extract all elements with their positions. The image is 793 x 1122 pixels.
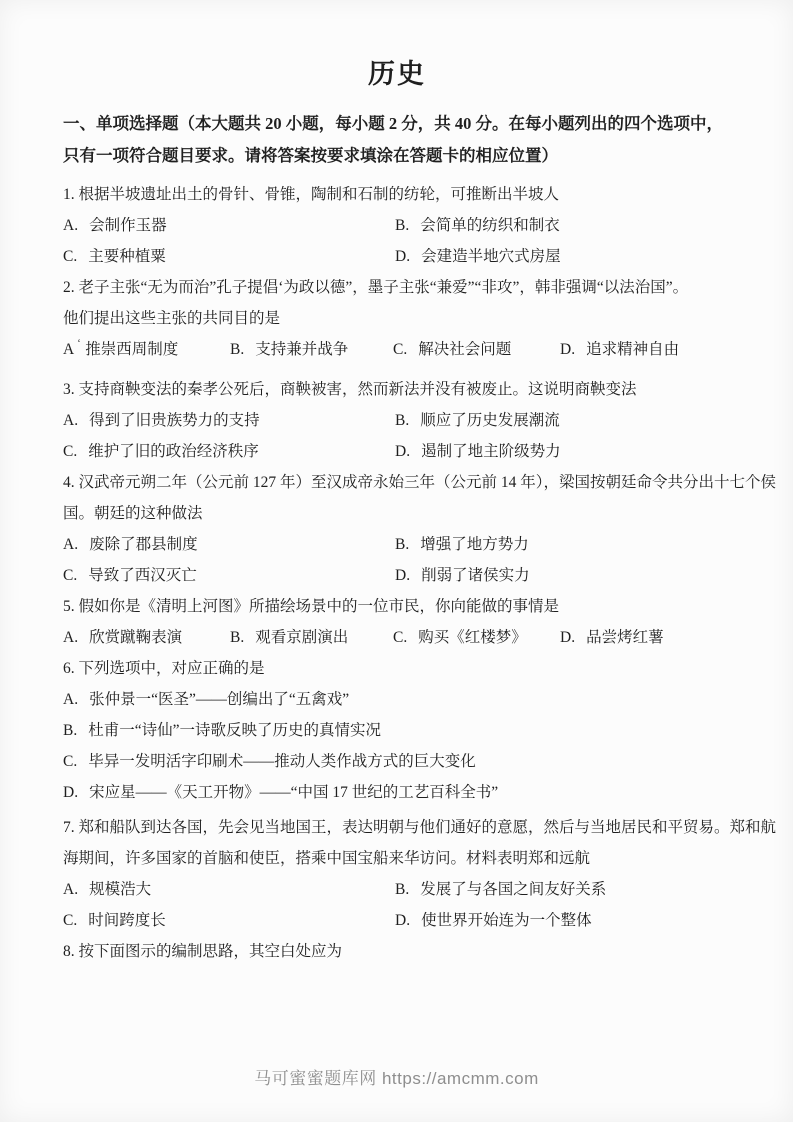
question-8-text-line-1: 8. 按下面图示的编制思路，其空白处应为	[63, 936, 731, 967]
option-text: 支持兼并战争	[255, 341, 348, 358]
question-5-option-B: B.观看京剧演出	[230, 622, 393, 653]
option-label: A.	[63, 881, 78, 898]
question-6-option-D: D.宋应星——《天工开物》——“中国 17 世纪的工艺百科全书”	[63, 777, 731, 808]
question-6-option-B: B.杜甫一“诗仙”一诗歌反映了历史的真情实况	[63, 715, 731, 746]
question-4-text-line-1: 4. 汉武帝元朔二年（公元前 127 年）至汉成帝永始三年（公元前 14 年），…	[63, 467, 731, 498]
option-text: 杜甫一“诗仙”一诗歌反映了历史的真情实况	[88, 722, 381, 739]
option-label: C.	[63, 567, 77, 584]
question-4-option-C: C.导致了西汉灭亡	[63, 560, 395, 591]
option-text: 维护了旧的政治经济秩序	[88, 443, 259, 460]
option-text: 张仲景一“医圣”——创编出了“五禽戏”	[89, 691, 349, 708]
option-label: D.	[395, 443, 410, 460]
question-2-text-line-1: 2. 老子主张“无为而治”孔子提倡‘为政以德”，墨子主张“兼爱”“非攻”，韩非强…	[63, 272, 731, 303]
option-text: 品尝烤红薯	[586, 629, 664, 646]
option-text: 增强了地方势力	[420, 536, 529, 553]
question-3-option-B: B.顺应了历史发展潮流	[395, 405, 731, 436]
option-label: D.	[560, 341, 575, 358]
exam-page: 历史 一、单项选择题（本大题共 20 小题，每小题 2 分，共 40 分。在每小…	[0, 0, 793, 1122]
question-2-option-B: B.支持兼并战争	[230, 334, 393, 365]
question-1-option-D: D.会建造半地穴式房屋	[395, 241, 731, 272]
question-1-text-line-1: 1. 根据半坡遗址出土的骨针、骨锥，陶制和石制的纺轮，可推断出半坡人	[63, 179, 731, 210]
option-text: 主要种植粟	[88, 248, 166, 265]
option-label: C.	[63, 753, 77, 770]
section-instructions-line-2: 只有一项符合题目要求。请将答案按要求填涂在答题卡的相应位置）	[63, 140, 731, 172]
option-label: A	[63, 341, 74, 358]
question-4-option-B: B.增强了地方势力	[395, 529, 731, 560]
question-4: 4. 汉武帝元朔二年（公元前 127 年）至汉成帝永始三年（公元前 14 年），…	[63, 467, 731, 591]
option-text: 推崇西周制度	[85, 341, 178, 358]
question-5-option-A: A.欣赏蹴鞠表演	[63, 622, 230, 653]
question-3-text-line-1: 3. 支持商鞅变法的秦孝公死后，商鞅被害，然而新法并没有被废止。这说明商鞅变法	[63, 374, 731, 405]
option-row: D.宋应星——《天工开物》——“中国 17 世纪的工艺百科全书”	[63, 777, 731, 808]
section-instructions: 一、单项选择题（本大题共 20 小题，每小题 2 分，共 40 分。在每小题列出…	[63, 108, 731, 172]
option-label: D.	[395, 248, 410, 265]
option-label: C.	[63, 443, 77, 460]
option-row: C.主要种植粟D.会建造半地穴式房屋	[63, 241, 731, 272]
question-7-option-D: D.使世界开始连为一个整体	[395, 905, 731, 936]
option-row: A.规模浩大B.发展了与各国之间友好关系	[63, 874, 731, 905]
question-4-text-line-2: 国。朝廷的这种做法	[63, 498, 731, 529]
option-label: A.	[63, 536, 78, 553]
option-text: 规模浩大	[89, 881, 151, 898]
option-text: 追求精神自由	[586, 341, 679, 358]
option-label: B.	[230, 629, 244, 646]
option-label: C.	[393, 341, 407, 358]
option-row: A.会制作玉器B.会简单的纺织和制衣	[63, 210, 731, 241]
question-7-text-line-2: 海期间，许多国家的首脑和使臣，搭乘中国宝船来华访问。材料表明郑和远航	[63, 843, 731, 874]
watermark-footer: 马可蜜蜜题库网 https://amcmm.com	[0, 1064, 793, 1089]
question-8: 8. 按下面图示的编制思路，其空白处应为	[63, 936, 731, 967]
option-row: A推崇西周制度B.支持兼并战争C.解决社会问题D.追求精神自由	[63, 334, 731, 365]
option-text: 得到了旧贵族势力的支持	[89, 412, 260, 429]
option-text: 顺应了历史发展潮流	[420, 412, 560, 429]
question-5-option-D: D.品尝烤红薯	[560, 622, 731, 653]
option-text: 会建造半地穴式房屋	[421, 248, 561, 265]
option-label: D.	[63, 784, 78, 801]
question-3-option-D: D.遏制了地主阶级势力	[395, 436, 731, 467]
option-label: B.	[395, 881, 409, 898]
question-3-option-C: C.维护了旧的政治经济秩序	[63, 436, 395, 467]
option-label: A.	[63, 691, 78, 708]
stray-mark: ‘	[77, 336, 81, 351]
option-row: C.毕异一发明活字印刷术——推动人类作战方式的巨大变化	[63, 746, 731, 777]
option-label: B.	[395, 536, 409, 553]
option-text: 毕异一发明活字印刷术——推动人类作战方式的巨大变化	[88, 753, 476, 770]
option-label: A.	[63, 217, 78, 234]
option-text: 导致了西汉灭亡	[88, 567, 197, 584]
question-7-text-line-1: 7. 郑和船队到达各国，先会见当地国王，表达明朝与他们通好的意愿，然后与当地居民…	[63, 812, 731, 843]
option-text: 解决社会问题	[418, 341, 511, 358]
question-5-text-line-1: 5. 假如你是《清明上河图》所描绘场景中的一位市民，你向能做的事情是	[63, 591, 731, 622]
option-label: A.	[63, 412, 78, 429]
option-row: A.张仲景一“医圣”——创编出了“五禽戏”	[63, 684, 731, 715]
option-label: C.	[63, 912, 77, 929]
question-6-option-A: A.张仲景一“医圣”——创编出了“五禽戏”	[63, 684, 731, 715]
option-text: 观看京剧演出	[255, 629, 348, 646]
question-6-text-line-1: 6. 下列选项中，对应正确的是	[63, 653, 731, 684]
question-1-option-A: A.会制作玉器	[63, 210, 395, 241]
question-5-option-C: C.购买《红楼梦》	[393, 622, 560, 653]
option-text: 会制作玉器	[89, 217, 167, 234]
page-title: 历史	[63, 52, 731, 96]
option-row: A.得到了旧贵族势力的支持B.顺应了历史发展潮流	[63, 405, 731, 436]
option-label: C.	[393, 629, 407, 646]
section-instructions-line-1: 一、单项选择题（本大题共 20 小题，每小题 2 分，共 40 分。在每小题列出…	[63, 108, 731, 140]
option-label: A.	[63, 629, 78, 646]
option-text: 削弱了诸侯实力	[421, 567, 530, 584]
question-7: 7. 郑和船队到达各国，先会见当地国王，表达明朝与他们通好的意愿，然后与当地居民…	[63, 812, 731, 936]
option-label: B.	[395, 217, 409, 234]
question-1-option-C: C.主要种植粟	[63, 241, 395, 272]
option-row: A.废除了郡县制度B.增强了地方势力	[63, 529, 731, 560]
option-text: 购买《红楼梦》	[418, 629, 527, 646]
question-4-option-A: A.废除了郡县制度	[63, 529, 395, 560]
option-row: A.欣赏蹴鞠表演B.观看京剧演出C.购买《红楼梦》D.品尝烤红薯	[63, 622, 731, 653]
question-2-option-C: C.解决社会问题	[393, 334, 560, 365]
question-2-option-D: D.追求精神自由	[560, 334, 731, 365]
option-label: B.	[63, 722, 77, 739]
question-7-option-A: A.规模浩大	[63, 874, 395, 905]
question-2-option-A: A推崇西周制度	[63, 334, 230, 365]
option-row: B.杜甫一“诗仙”一诗歌反映了历史的真情实况	[63, 715, 731, 746]
option-text: 发展了与各国之间友好关系	[420, 881, 606, 898]
question-7-option-C: C.时间跨度长	[63, 905, 395, 936]
option-row: C.维护了旧的政治经济秩序D.遏制了地主阶级势力	[63, 436, 731, 467]
option-row: C.时间跨度长D.使世界开始连为一个整体	[63, 905, 731, 936]
option-label: B.	[230, 341, 244, 358]
option-text: 使世界开始连为一个整体	[421, 912, 592, 929]
option-text: 遏制了地主阶级势力	[421, 443, 561, 460]
option-text: 会简单的纺织和制衣	[420, 217, 560, 234]
question-1: 1. 根据半坡遗址出土的骨针、骨锥，陶制和石制的纺轮，可推断出半坡人A.会制作玉…	[63, 179, 731, 272]
option-label: D.	[395, 567, 410, 584]
option-label: D.	[395, 912, 410, 929]
question-6: 6. 下列选项中，对应正确的是A.张仲景一“医圣”——创编出了“五禽戏”B.杜甫…	[63, 653, 731, 808]
option-label: D.	[560, 629, 575, 646]
question-3: 3. 支持商鞅变法的秦孝公死后，商鞅被害，然而新法并没有被废止。这说明商鞅变法A…	[63, 374, 731, 467]
option-text: 废除了郡县制度	[89, 536, 198, 553]
question-2-text-line-2: 他们提出这些主张的共同目的是	[63, 303, 731, 334]
question-5: 5. 假如你是《清明上河图》所描绘场景中的一位市民，你向能做的事情是A.欣赏蹴鞠…	[63, 591, 731, 653]
question-7-option-B: B.发展了与各国之间友好关系	[395, 874, 731, 905]
question-3-option-A: A.得到了旧贵族势力的支持	[63, 405, 395, 436]
option-text: 时间跨度长	[88, 912, 166, 929]
questions: 1. 根据半坡遗址出土的骨针、骨锥，陶制和石制的纺轮，可推断出半坡人A.会制作玉…	[63, 179, 731, 967]
question-1-option-B: B.会简单的纺织和制衣	[395, 210, 731, 241]
option-text: 宋应星——《天工开物》——“中国 17 世纪的工艺百科全书”	[89, 784, 498, 801]
exam-content: 历史 一、单项选择题（本大题共 20 小题，每小题 2 分，共 40 分。在每小…	[63, 52, 731, 967]
option-row: C.导致了西汉灭亡D.削弱了诸侯实力	[63, 560, 731, 591]
question-2: 2. 老子主张“无为而治”孔子提倡‘为政以德”，墨子主张“兼爱”“非攻”，韩非强…	[63, 272, 731, 365]
question-6-option-C: C.毕异一发明活字印刷术——推动人类作战方式的巨大变化	[63, 746, 731, 777]
option-text: 欣赏蹴鞠表演	[89, 629, 182, 646]
option-label: C.	[63, 248, 77, 265]
question-4-option-D: D.削弱了诸侯实力	[395, 560, 731, 591]
option-label: B.	[395, 412, 409, 429]
